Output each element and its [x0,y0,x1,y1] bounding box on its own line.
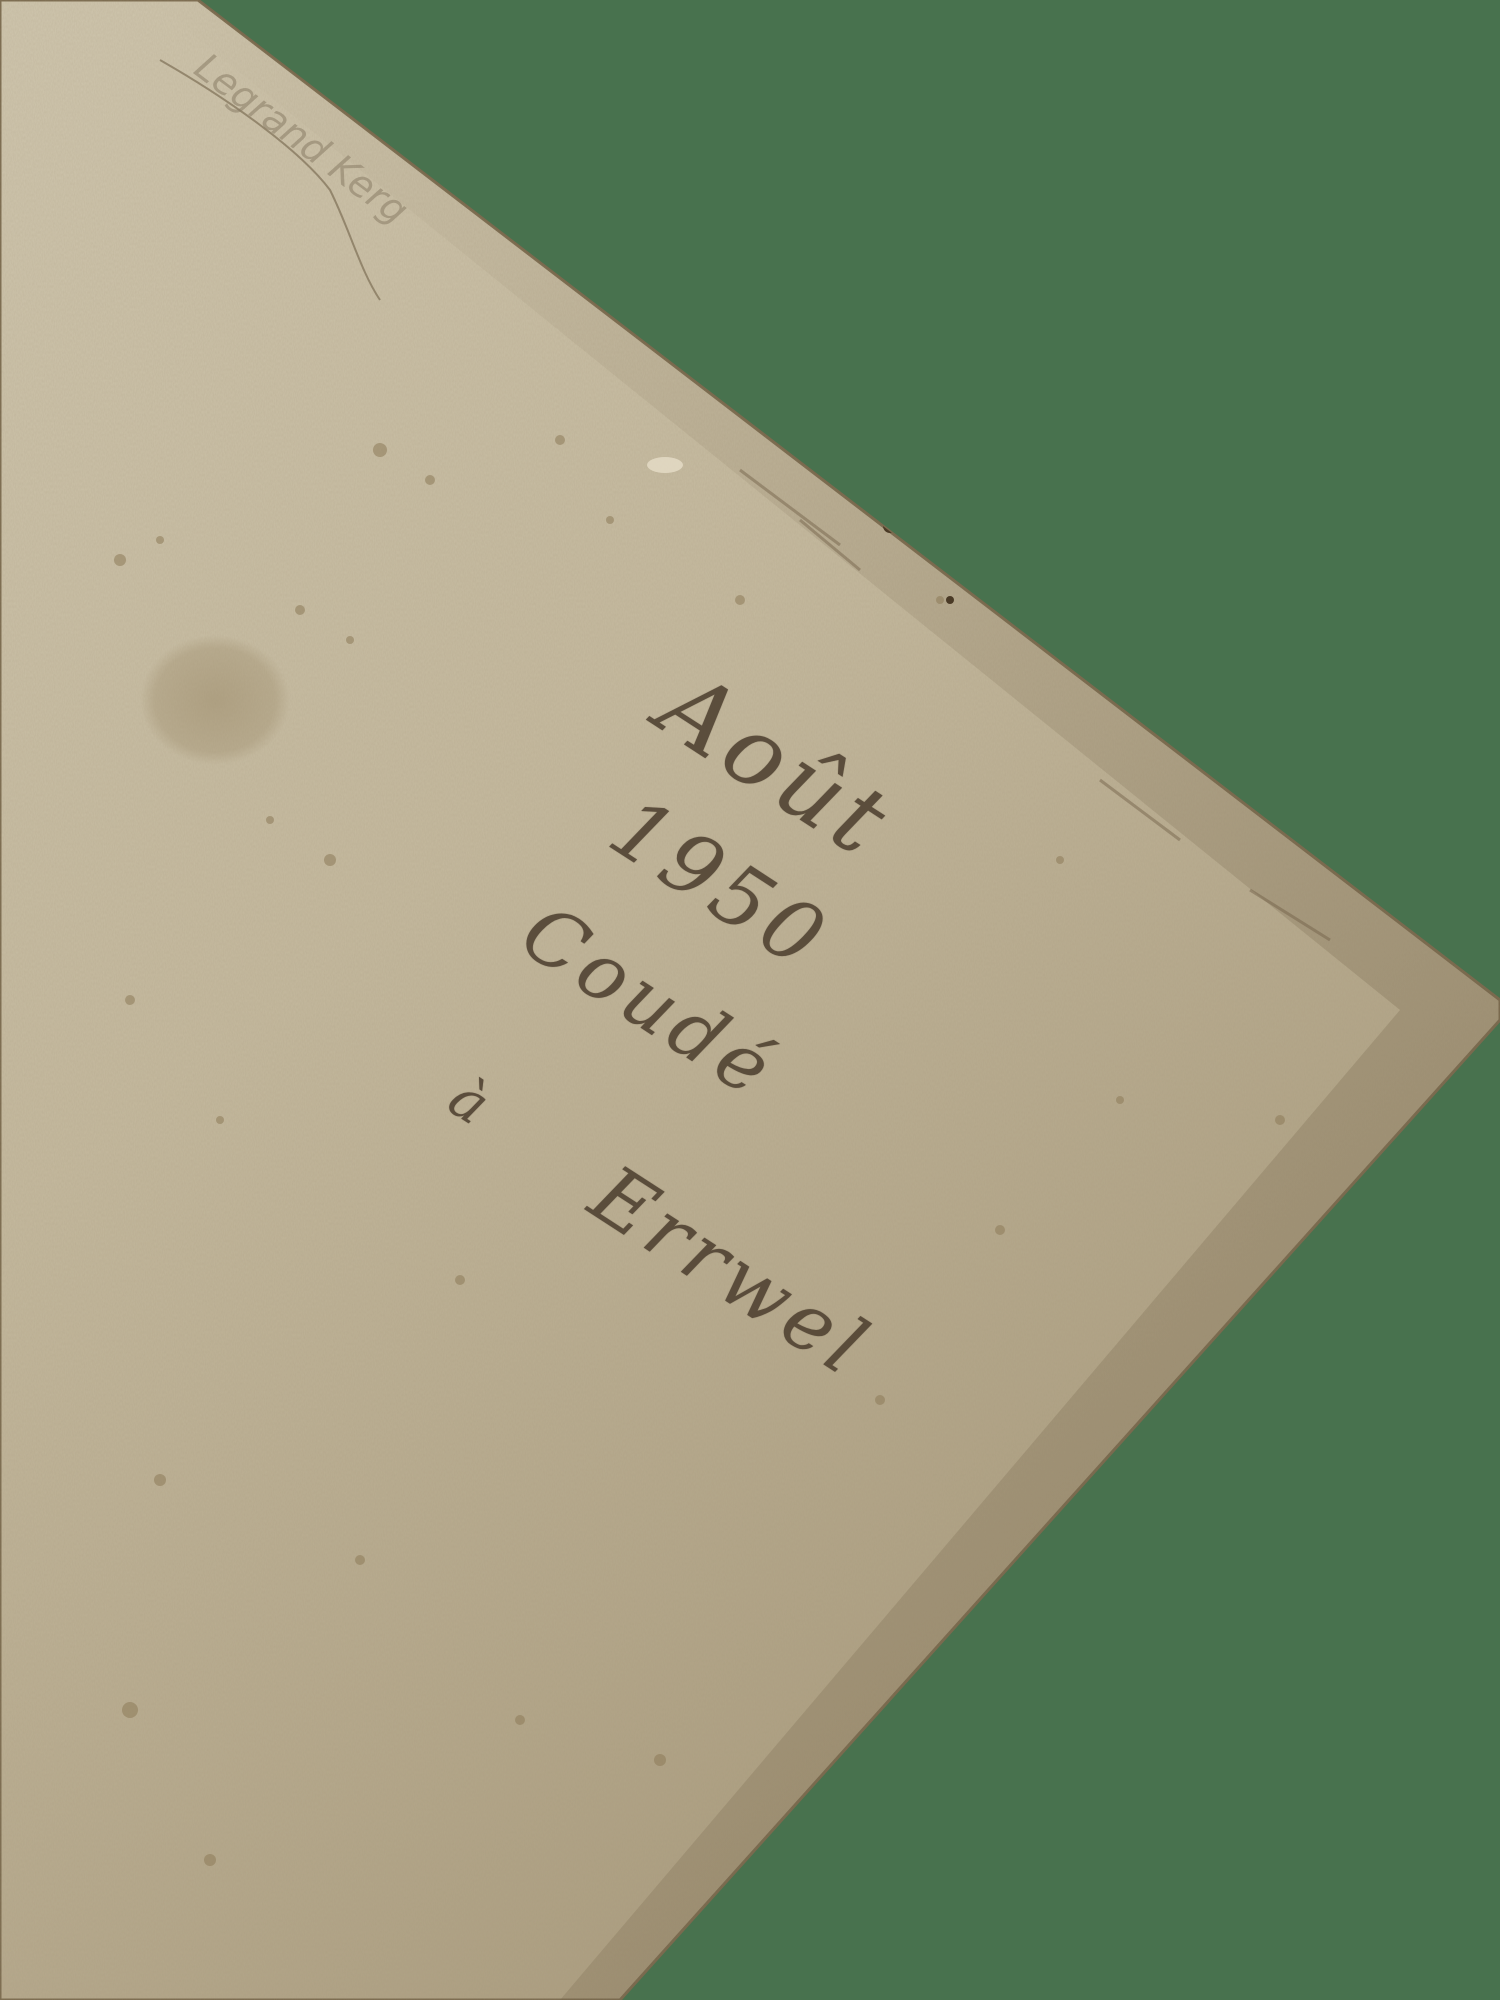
ink-dot [946,596,954,604]
photo-scene: Legrand Kerg Août 1950 Coudé à Errwel [0,0,1500,2000]
aged-paper-sheet [0,0,1500,2000]
water-stain [140,635,290,765]
